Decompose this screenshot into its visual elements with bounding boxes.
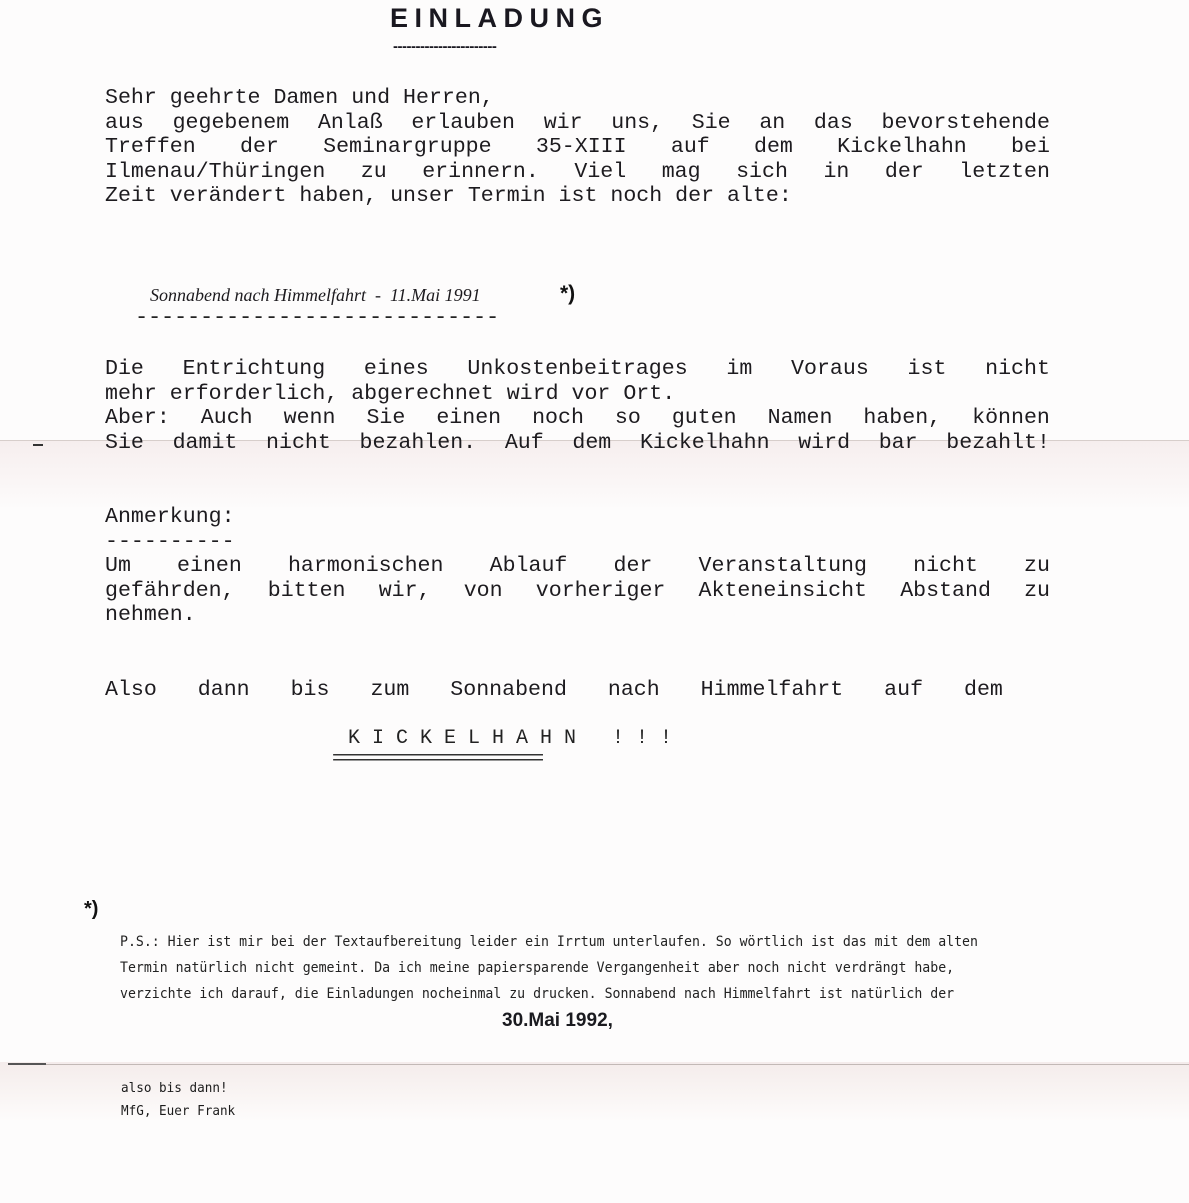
ps-line: P.S.: Hier ist mir bei der Textaufbereit… — [120, 929, 1082, 955]
word: bitten — [268, 579, 346, 604]
word: mag — [662, 160, 701, 185]
word: zu — [361, 160, 387, 185]
word: Abstand — [900, 579, 991, 604]
word: erlauben — [411, 111, 515, 136]
word: Ilmenau/Thüringen — [105, 160, 325, 185]
note-heading-underline: ---------- — [105, 530, 1050, 555]
word: der — [240, 135, 279, 160]
word: Auf — [505, 431, 544, 456]
word: dem — [754, 135, 793, 160]
signoff-line: also bis dann! — [121, 1077, 235, 1100]
ps-line: verzichte ich darauf, die Einladungen no… — [120, 981, 1082, 1007]
word: auf — [884, 678, 923, 703]
word: an — [759, 111, 785, 136]
letter-page: EINLADUNG ----------------------- Sehr g… — [0, 0, 1189, 1203]
footnote-mark: *) — [84, 898, 98, 921]
word: harmonischen — [288, 554, 444, 579]
word: sich — [736, 160, 788, 185]
payment-paragraph: DieEntrichtungeinesUnkostenbeitragesimVo… — [105, 357, 1050, 455]
intro-line: Ilmenau/Thüringenzuerinnern.Vielmagsichi… — [105, 160, 1050, 185]
word: Sonnabend — [450, 678, 567, 703]
word: Aber: — [105, 406, 170, 431]
word: einen — [436, 406, 501, 431]
word: so — [615, 406, 641, 431]
word: Um — [105, 554, 131, 579]
word: Akteneinsicht — [699, 579, 867, 604]
title-underline: ----------------------- — [393, 38, 496, 55]
document-title: EINLADUNG — [390, 3, 609, 34]
fold-line-lower — [8, 1064, 1189, 1065]
word: Anlaß — [318, 111, 383, 136]
payment-line-text: mehr erforderlich, abgerechnet wird vor … — [105, 382, 675, 407]
word: Also — [105, 678, 157, 703]
payment-line: DieEntrichtungeinesUnkostenbeitragesimVo… — [105, 357, 1050, 382]
word: gefährden, — [105, 579, 235, 604]
payment-line: Aber:AuchwennSieeinennochsogutenNamenhab… — [105, 406, 1050, 431]
word: dann — [198, 678, 250, 703]
signoff: also bis dann! MfG, Euer Frank — [121, 1077, 235, 1123]
word: im — [726, 357, 752, 382]
event-date-footnote-mark: *) — [560, 282, 575, 306]
fold-mark-upper — [33, 444, 43, 446]
note-line-text: nehmen. — [105, 603, 196, 628]
word: nicht — [266, 431, 331, 456]
word: erinnern. — [422, 160, 539, 185]
word: Viel — [574, 160, 626, 185]
word: können — [972, 406, 1050, 431]
word: Auch — [201, 406, 253, 431]
word: wir — [544, 111, 583, 136]
word: nicht — [913, 554, 978, 579]
word: bezahlen. — [360, 431, 477, 456]
word: wir, — [379, 579, 431, 604]
word: guten — [672, 406, 737, 431]
word: wird — [798, 431, 850, 456]
word: zu — [1024, 579, 1050, 604]
word: Sie — [105, 431, 144, 456]
word: aus — [105, 111, 144, 136]
word: uns, — [611, 111, 663, 136]
word: Voraus — [791, 357, 869, 382]
word: auf — [671, 135, 710, 160]
event-date-underline: ---------------------------- — [135, 305, 499, 330]
intro-line-text: Zeit verändert haben, unser Termin ist n… — [105, 184, 792, 209]
note-line: gefährden,bittenwir,vonvorherigerAktenei… — [105, 579, 1050, 604]
word: gegebenem — [173, 111, 290, 136]
postscript: P.S.: Hier ist mir bei der Textaufbereit… — [120, 929, 1082, 1007]
note-line: nehmen. — [105, 603, 1050, 628]
intro-line: TreffenderSeminargruppe35-XIIIaufdemKick… — [105, 135, 1050, 160]
ps-line: Termin natürlich nicht gemeint. Da ich m… — [120, 955, 1082, 981]
word: Entrichtung — [183, 357, 326, 382]
signoff-signature: MfG, Euer Frank — [121, 1100, 235, 1123]
word: Sie — [366, 406, 405, 431]
word: 35-XIII — [536, 135, 627, 160]
word: Ablauf — [490, 554, 568, 579]
word: eines — [364, 357, 429, 382]
word: wenn — [284, 406, 336, 431]
word: Kickelhahn — [837, 135, 967, 160]
word: bezahlt! — [946, 431, 1050, 456]
word: zu — [1024, 554, 1050, 579]
corrected-date: 30.Mai 1992, — [502, 1010, 613, 1032]
word: der — [614, 554, 653, 579]
note-line: UmeinenharmonischenAblaufderVeranstaltun… — [105, 554, 1050, 579]
word: letzten — [959, 160, 1050, 185]
payment-line: mehr erforderlich, abgerechnet wird vor … — [105, 382, 1050, 407]
word: bis — [291, 678, 330, 703]
word: das — [814, 111, 853, 136]
word: Treffen — [105, 135, 196, 160]
word: Unkostenbeitrages — [467, 357, 687, 382]
place-underline: ======================== — [332, 748, 541, 771]
place-name: KICKELHAHN !!! — [348, 727, 684, 750]
intro-line: Zeit verändert haben, unser Termin ist n… — [105, 184, 1050, 209]
closing-line: AlsodannbiszumSonnabendnachHimmelfahrtau… — [105, 678, 1003, 703]
greeting: Sehr geehrte Damen und Herren, — [105, 86, 1050, 111]
word: vorheriger — [536, 579, 666, 604]
word: Die — [105, 357, 144, 382]
word: bei — [1011, 135, 1050, 160]
word: dem — [964, 678, 1003, 703]
event-date: Sonnabend nach Himmelfahrt - 11.Mai 1991 — [150, 285, 481, 306]
word: noch — [532, 406, 584, 431]
word: dem — [572, 431, 611, 456]
word: damit — [173, 431, 238, 456]
word: Namen — [768, 406, 833, 431]
word: Sie — [692, 111, 731, 136]
note-heading: Anmerkung: — [105, 505, 1050, 530]
word: haben, — [863, 406, 941, 431]
intro-paragraph: Sehr geehrte Damen und Herren, ausgegebe… — [105, 86, 1050, 209]
word: nicht — [985, 357, 1050, 382]
word: einen — [177, 554, 242, 579]
word: der — [885, 160, 924, 185]
word: bevorstehende — [881, 111, 1049, 136]
fold-mark-lower — [8, 1063, 46, 1065]
word: Seminargruppe — [323, 135, 491, 160]
word: bar — [879, 431, 918, 456]
word: Kickelhahn — [640, 431, 770, 456]
word: zum — [370, 678, 409, 703]
intro-line: ausgegebenemAnlaßerlaubenwiruns,Sieandas… — [105, 111, 1050, 136]
word: von — [464, 579, 503, 604]
word: in — [823, 160, 849, 185]
word: ist — [908, 357, 947, 382]
note-paragraph: Anmerkung: ---------- Umeinenharmonische… — [105, 505, 1050, 628]
payment-line: Siedamitnichtbezahlen.AufdemKickelhahnwi… — [105, 431, 1050, 456]
word: Veranstaltung — [699, 554, 867, 579]
word: nach — [608, 678, 660, 703]
word: Himmelfahrt — [701, 678, 844, 703]
closing-paragraph: AlsodannbiszumSonnabendnachHimmelfahrtau… — [105, 678, 1003, 703]
